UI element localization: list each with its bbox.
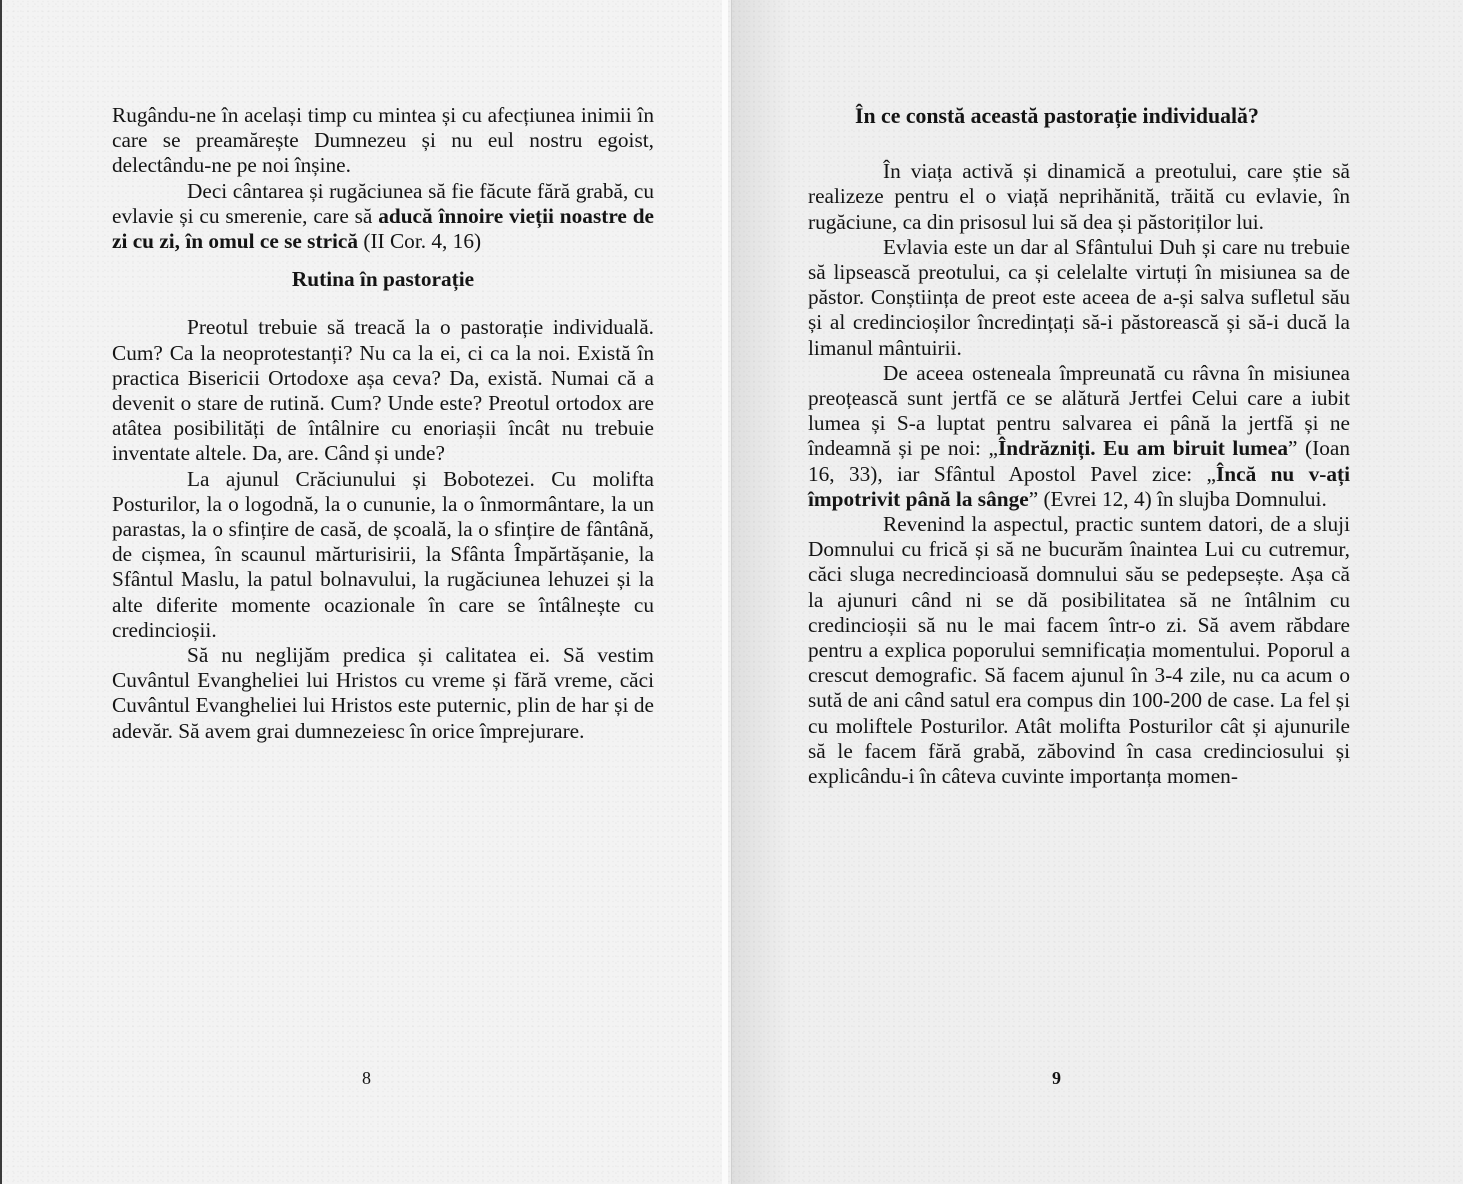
paragraph: Deci cântarea și rugăciunea să fie făcut… xyxy=(112,179,654,255)
paragraph: Preotul trebuie să treacă la o pastorați… xyxy=(112,315,654,466)
left-paragraphs-after-heading: Preotul trebuie să treacă la o pastorați… xyxy=(112,315,654,743)
paragraph: De aceea osteneala împreunată cu râvna î… xyxy=(808,361,1350,512)
text-run: Evlavia este un dar al Sfântului Duh și … xyxy=(808,235,1350,360)
paragraph: La ajunul Crăciunului și Bobotezei. Cu m… xyxy=(112,467,654,643)
section-heading-pastoratie-individuala: În ce constă această pastorație individu… xyxy=(808,104,1350,129)
left-page-text: Rugându-ne în același timp cu mintea și … xyxy=(112,103,654,744)
text-run: (II Cor. 4, 16) xyxy=(358,229,481,253)
bold-text-run: Îndrăzniți. Eu am biruit lumea xyxy=(998,436,1288,460)
section-heading-rutina: Rutina în pastorație xyxy=(112,267,654,292)
paragraph: În viața activă și dinamică a preotului,… xyxy=(808,159,1350,235)
text-run: Preotul trebuie să treacă la o pastorați… xyxy=(112,315,654,465)
paragraph: Să nu neglijăm predica și calitatea ei. … xyxy=(112,643,654,744)
paragraph: Evlavia este un dar al Sfântului Duh și … xyxy=(808,235,1350,361)
page-number: 8 xyxy=(362,1068,371,1089)
left-page: Rugându-ne în același timp cu mintea și … xyxy=(0,0,724,1184)
text-run: Rugându-ne în același timp cu mintea și … xyxy=(112,103,654,177)
text-run: ” (Evrei 12, 4) în slujba Domnului. xyxy=(1029,487,1327,511)
page-number: 9 xyxy=(1052,1068,1061,1089)
book-spine-gap xyxy=(722,0,728,1184)
paragraph: Revenind la aspectul, practic suntem dat… xyxy=(808,512,1350,789)
text-run: Să nu neglijăm predica și calitatea ei. … xyxy=(112,643,654,743)
book-spine-shadow xyxy=(732,0,792,1184)
right-paragraphs: În viața activă și dinamică a preotului,… xyxy=(808,159,1350,789)
text-run: La ajunul Crăciunului și Bobotezei. Cu m… xyxy=(112,467,654,642)
paragraph: Rugându-ne în același timp cu mintea și … xyxy=(112,103,654,179)
right-page-text: În ce constă această pastorație individu… xyxy=(808,104,1350,789)
book-spread: Rugându-ne în același timp cu mintea și … xyxy=(0,0,1463,1184)
left-paragraphs-before-heading: Rugându-ne în același timp cu mintea și … xyxy=(112,103,654,254)
text-run: În viața activă și dinamică a preotului,… xyxy=(808,159,1350,233)
text-run: Revenind la aspectul, practic suntem dat… xyxy=(808,512,1350,788)
